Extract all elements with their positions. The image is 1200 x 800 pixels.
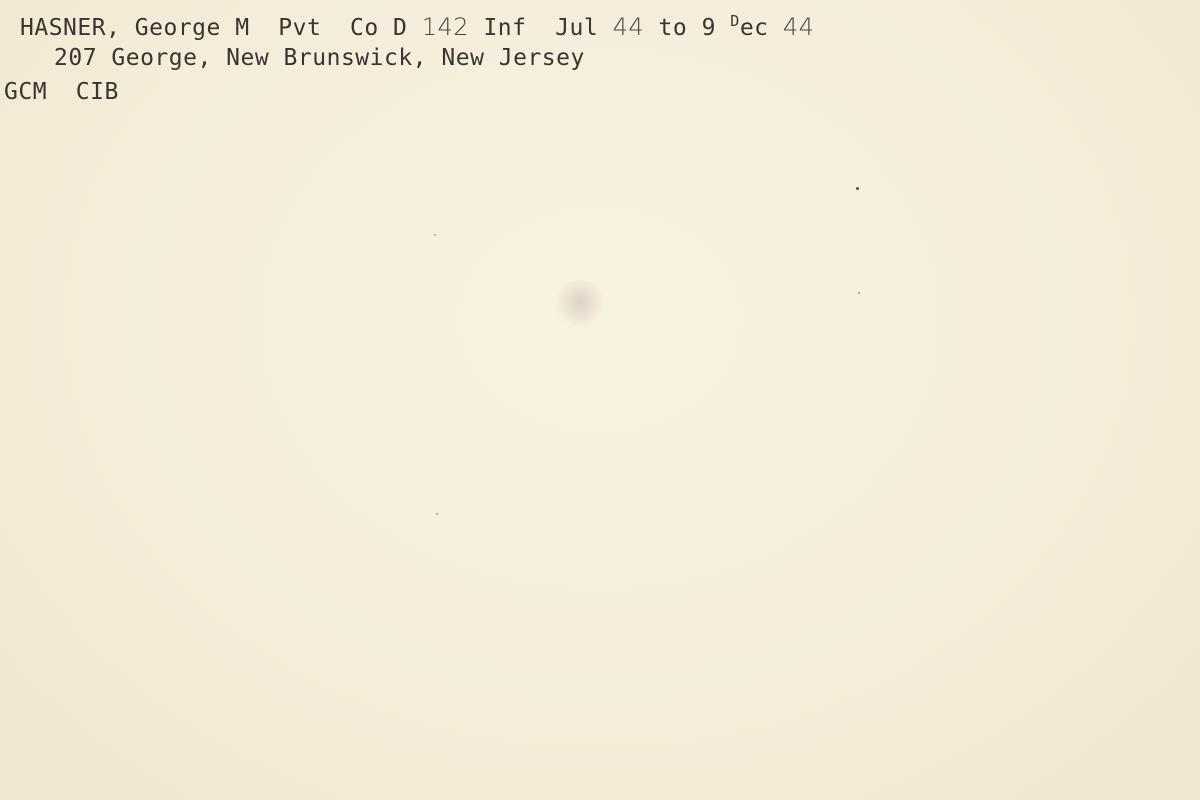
- service-to-day: 9: [702, 15, 716, 41]
- soldier-name: HASNER, George M: [20, 15, 250, 41]
- service-from-year: 44: [613, 13, 645, 41]
- paper-speck: [434, 234, 436, 236]
- service-to-year: 44: [783, 13, 815, 41]
- record-header-line: HASNER, George M Pvt Co D 142 Inf Jul 44…: [20, 15, 814, 40]
- award-cib: CIB: [76, 79, 119, 105]
- service-from-month: Jul: [555, 15, 598, 41]
- unit-type: Inf: [483, 15, 526, 41]
- paper-speck: [436, 513, 438, 515]
- address-line: 207 George, New Brunswick, New Jersey: [54, 47, 585, 70]
- paper-smudge: [555, 280, 605, 325]
- unit-company: Co D: [350, 15, 407, 41]
- index-card: HASNER, George M Pvt Co D 142 Inf Jul 44…: [0, 0, 1200, 800]
- award-gcm: GCM: [4, 79, 47, 105]
- rank: Pvt: [278, 15, 321, 41]
- service-to-month-rest: ec: [740, 15, 769, 41]
- awards-line: GCM CIB: [4, 81, 119, 104]
- to-word: to: [659, 15, 688, 41]
- paper-speck: [858, 292, 860, 294]
- unit-number: 142: [422, 13, 469, 41]
- service-to-month-initial: D: [730, 12, 740, 30]
- paper-speck: [856, 187, 859, 190]
